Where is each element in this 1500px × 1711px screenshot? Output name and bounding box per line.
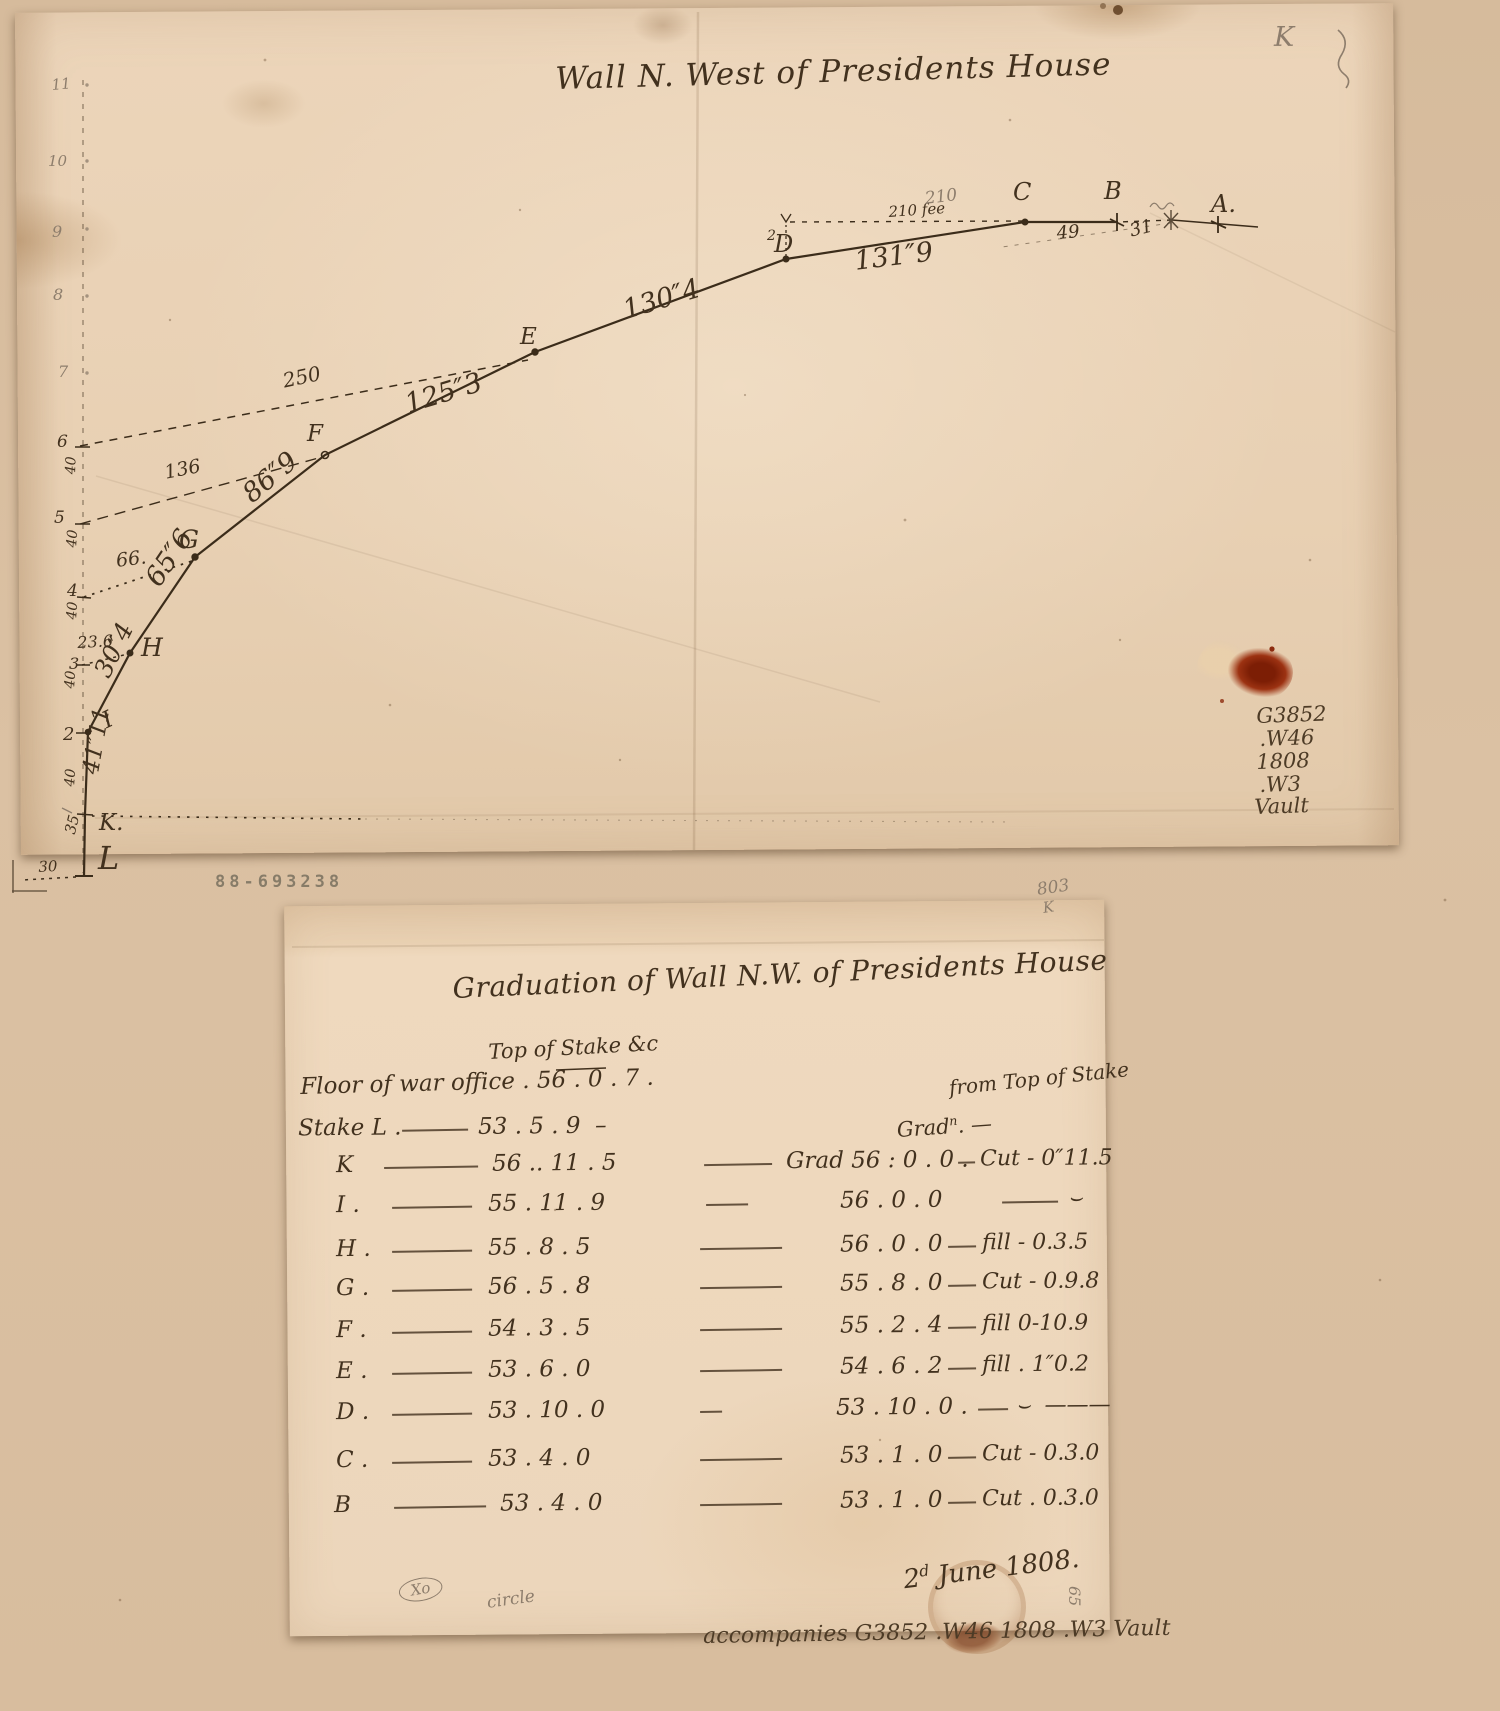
row-I-top-of-stake: 55 . 11 . 9 [488, 1192, 605, 1216]
table-row-I: I .55 . 11 . 956 . 0 . 0⌣ [0, 1184, 1500, 1231]
row-D-dash1 [392, 1413, 472, 1416]
row-H-top-of-stake: 55 . 8 . 5 [488, 1236, 591, 1260]
row-H-dash2 [700, 1247, 782, 1250]
row-K-stake: K [336, 1154, 353, 1177]
row-C-cutfill: Cut - 0.3.0 [982, 1442, 1099, 1465]
table-rows-layer: Stake L .53 . 5 . 9 –K56 .. 11 . 5Grad 5… [0, 0, 1500, 1711]
row-B-stake: B [334, 1494, 351, 1517]
row-B-dash3 [948, 1501, 976, 1503]
scanned-manuscript-canvas: Wall N. West of Presidents House A.BCDEF… [0, 0, 1500, 1711]
row-B-cutfill: Cut . 0.3.0 [982, 1487, 1099, 1510]
row-H-dash3 [948, 1245, 976, 1247]
date-rest: June 1808. [928, 1544, 1081, 1592]
row-H-stake: H . [336, 1238, 371, 1261]
row-D-top-of-stake: 53 . 10 . 0 [488, 1399, 605, 1423]
row-C-dash2 [700, 1458, 782, 1461]
row-F-stake: F . [336, 1319, 367, 1342]
row-C-stake: C . [336, 1449, 368, 1472]
row-K-dash2 [704, 1163, 772, 1166]
row-K-grade: Grad 56 : 0 . 0 . [786, 1149, 969, 1174]
row-C-dash3 [948, 1456, 976, 1458]
row-D-cutfill: ⌣ ——— [1016, 1394, 1111, 1417]
row-G-dash1 [392, 1289, 472, 1292]
row-L-stake: Stake L . [298, 1116, 402, 1140]
row-D-dash3 [978, 1408, 1008, 1410]
row-B-dash1 [394, 1505, 486, 1508]
row-E-dash1 [392, 1372, 472, 1375]
row-E-stake: E . [336, 1360, 368, 1383]
row-H-dash1 [392, 1250, 472, 1253]
row-D-grade: 53 . 10 . 0 . [836, 1396, 968, 1420]
row-E-dash2 [700, 1369, 782, 1372]
row-H-grade: 56 . 0 . 0 [840, 1233, 943, 1257]
row-E-top-of-stake: 53 . 6 . 0 [488, 1358, 591, 1382]
table-row-D: D .53 . 10 . 053 . 10 . 0 .⌣ ——— [0, 1391, 1500, 1438]
row-E-grade: 54 . 6 . 2 [840, 1355, 943, 1379]
row-F-dash2 [700, 1328, 782, 1331]
row-B-grade: 53 . 1 . 0 [840, 1489, 943, 1513]
row-K-cutfill: Cut - 0″11.5 [980, 1147, 1113, 1170]
row-L-dash1 [402, 1129, 468, 1132]
row-G-stake: G . [336, 1277, 369, 1300]
row-G-cutfill: Cut - 0.9.8 [982, 1270, 1099, 1293]
row-D-dash2 [700, 1411, 722, 1413]
table-row-B: B53 . 4 . 053 . 1 . 0Cut . 0.3.0 [0, 1484, 1500, 1531]
row-D-stake: D . [336, 1401, 369, 1424]
table-row-E: E .53 . 6 . 054 . 6 . 2fill . 1″0.2 [0, 1350, 1500, 1397]
row-C-grade: 53 . 1 . 0 [840, 1444, 943, 1468]
row-G-top-of-stake: 56 . 5 . 8 [488, 1275, 591, 1299]
row-F-dash3 [948, 1326, 976, 1328]
row-K-dash1 [384, 1166, 478, 1169]
row-C-top-of-stake: 53 . 4 . 0 [488, 1447, 591, 1471]
table-row-G: G .56 . 5 . 855 . 8 . 0Cut - 0.9.8 [0, 1267, 1500, 1314]
row-F-grade: 55 . 2 . 4 [840, 1314, 943, 1338]
row-E-dash3 [948, 1367, 976, 1369]
row-G-dash2 [700, 1286, 782, 1289]
row-I-dash2 [706, 1203, 748, 1206]
row-I-dash3 [1002, 1201, 1058, 1204]
row-H-cutfill: fill - 0.3.5 [982, 1232, 1088, 1255]
row-C-dash1 [392, 1461, 472, 1464]
row-F-cutfill: fill 0-10.9 [982, 1313, 1088, 1336]
row-I-dash1 [392, 1206, 472, 1209]
row-K-top-of-stake: 56 .. 11 . 5 [492, 1152, 617, 1176]
row-G-grade: 55 . 8 . 0 [840, 1272, 943, 1296]
table-row-C: C .53 . 4 . 053 . 1 . 0Cut - 0.3.0 [0, 1439, 1500, 1486]
row-F-top-of-stake: 54 . 3 . 5 [488, 1317, 591, 1341]
row-L-top-of-stake: 53 . 5 . 9 – [478, 1115, 607, 1139]
row-K-dash3 [958, 1161, 975, 1163]
row-G-dash3 [948, 1284, 976, 1286]
row-B-top-of-stake: 53 . 4 . 0 [500, 1492, 603, 1516]
row-I-cutfill: ⌣ [1068, 1188, 1083, 1210]
row-I-stake: I . [336, 1194, 360, 1217]
row-F-dash1 [392, 1331, 472, 1334]
table-row-F: F .54 . 3 . 555 . 2 . 4fill 0-10.9 [0, 1309, 1500, 1356]
row-I-grade: 56 . 0 . 0 [840, 1189, 943, 1213]
row-B-dash2 [700, 1503, 782, 1506]
row-E-cutfill: fill . 1″0.2 [982, 1353, 1089, 1376]
